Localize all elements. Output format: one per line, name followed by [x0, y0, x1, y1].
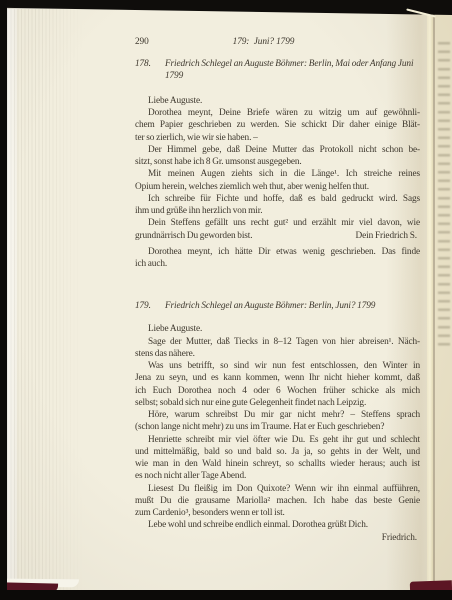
text-line: Lebe wohl und schreibe endlich einmal. D…: [135, 519, 420, 531]
text-line: Was uns betrifft, so sind wir nun fest e…: [135, 360, 420, 372]
text-line: Liebe Auguste.: [135, 323, 420, 335]
text-line: Sage der Mutter, daß Tiecks in 8–12 Tage…: [135, 336, 420, 348]
text-line: Der Himmel gebe, daß Deine Mutter das Pr…: [135, 144, 420, 156]
letter-heading-line: Friedrich Schlegel an Auguste Böhmer: Be…: [165, 300, 420, 312]
text-line: wie man in den Wald hinein schreyt, so s…: [135, 458, 420, 470]
text-line: sitzt, sonst habe ich 8 Gr. umsonst ausg…: [135, 156, 420, 168]
paragraph: Mit meinen Augen ziehts sich in die Läng…: [135, 168, 420, 193]
text-line: ihm und grüße ihn herzlich von mir.: [135, 205, 420, 217]
running-head: 179: Juni? 1799: [121, 37, 406, 47]
page-edges-left: [7, 8, 91, 591]
letter-179: 179. Friedrich Schlegel an Auguste Böhme…: [135, 300, 420, 544]
paragraph: Der Himmel gebe, daß Deine Mutter das Pr…: [135, 144, 420, 169]
text-line: Dein Steffens gefällt uns recht gut² und…: [135, 217, 420, 229]
text-line-left: grundnärrisch Du geworden bist.: [135, 230, 252, 242]
text-line: Ich schreibe für Fichte und hoffe, daß e…: [135, 193, 420, 205]
text-line: Henriette schreibt mir viel öfter wie Du…: [135, 434, 420, 446]
letter-body: Liebe Auguste.Sage der Mutter, daß Tieck…: [135, 323, 420, 544]
photo-border-left: [0, 0, 7, 600]
paragraph: Lebe wohl und schreibe endlich einmal. D…: [135, 519, 420, 544]
signature: Dein Friedrich S.: [356, 230, 417, 242]
paragraph: Was uns betrifft, so sind wir nun fest e…: [135, 360, 420, 409]
text-line: es noch nicht aller Tage Abend.: [135, 470, 420, 482]
paragraph: Sage der Mutter, daß Tiecks in 8–12 Tage…: [135, 336, 420, 361]
paragraph: Dorothea meynt, ich hätte Dir etwas weni…: [135, 246, 420, 271]
letter-heading: 178. Friedrich Schlegel an Auguste Böhme…: [135, 58, 420, 83]
paragraph: Ich schreibe für Fichte und hoffe, daß e…: [135, 193, 420, 218]
paragraph: Höre, warum schreibst Du mir gar nicht m…: [135, 409, 420, 434]
text-line: stens das nähere.: [135, 348, 420, 360]
paragraph: Liebe Auguste.: [135, 323, 420, 335]
paragraph: Liebe Auguste.: [135, 95, 420, 107]
photo-border-bottom: [0, 590, 452, 600]
page-header: 290 179: Juni? 1799: [135, 37, 420, 47]
text-line: Opium herein, welches ziemlich weh thut,…: [135, 181, 420, 193]
text-line: zum Cardenio³, besonders wenn er toll is…: [135, 507, 420, 519]
text-line: Mit meinen Augen ziehts sich in die Läng…: [135, 168, 420, 180]
letter-heading-line: 1799: [165, 70, 420, 82]
letter-heading-line: Friedrich Schlegel an Auguste Böhmer: Be…: [165, 58, 420, 70]
letter-body: Liebe Auguste.Dorothea meynt, Deine Brie…: [135, 95, 420, 271]
facing-page-text-blur: [438, 42, 450, 347]
text-line: Liebe Auguste.: [135, 95, 420, 107]
text-line: Dorothea meynt, ich hätte Dir etwas weni…: [135, 246, 420, 258]
text-line: Dorothea meynt, Deine Briefe wären zu wi…: [135, 107, 420, 119]
text-line: und mittelmäßig, bald so und bald so. Ja…: [135, 446, 420, 458]
paragraph: Dein Steffens gefällt uns recht gut² und…: [135, 217, 420, 242]
letter-178: 178. Friedrich Schlegel an Auguste Böhme…: [135, 58, 420, 270]
letter-heading-text: Friedrich Schlegel an Auguste Böhmer: Be…: [165, 300, 420, 312]
text-line: chem Papier geschrieben zu werden. Sie s…: [135, 119, 420, 131]
letter-number: 178.: [135, 58, 165, 83]
text-line: mußt Du die grausame Mariolla² machen. I…: [135, 495, 420, 507]
letter-heading-text: Friedrich Schlegel an Auguste Böhmer: Be…: [165, 58, 420, 83]
text-line: selbst; sobald sich nur eine gute Gelege…: [135, 397, 420, 409]
text-line: Friedrich.: [135, 532, 420, 544]
text-line: ich Euch Dorothea noch 4 oder 6 Wochen f…: [135, 385, 420, 397]
text-line: (schon lange nicht mehr) zu uns im Traum…: [135, 421, 420, 433]
paragraph: Henriette schreibt mir viel öfter wie Du…: [135, 434, 420, 483]
letter-number: 179.: [135, 300, 165, 312]
text-line: ter so zierlich, wie wir sie haben. –: [135, 132, 420, 144]
letter-heading: 179. Friedrich Schlegel an Auguste Böhme…: [135, 300, 420, 312]
paragraph: Dorothea meynt, Deine Briefe wären zu wi…: [135, 107, 420, 144]
signature: Friedrich.: [382, 532, 417, 544]
text-line: Liesest Du fleißig im Don Quixote? Wenn …: [135, 483, 420, 495]
paragraph: Liesest Du fleißig im Don Quixote? Wenn …: [135, 483, 420, 520]
text-line: ich auch.: [135, 258, 420, 270]
text-line: grundnärrisch Du geworden bist.Dein Frie…: [135, 230, 420, 242]
text-line: Höre, warum schreibst Du mir gar nicht m…: [135, 409, 420, 421]
text-line: Jena zu seyn, und es kann kommen, wenn I…: [135, 372, 420, 384]
book-photo: 290 179: Juni? 1799 178. Friedrich Schle…: [0, 0, 452, 600]
